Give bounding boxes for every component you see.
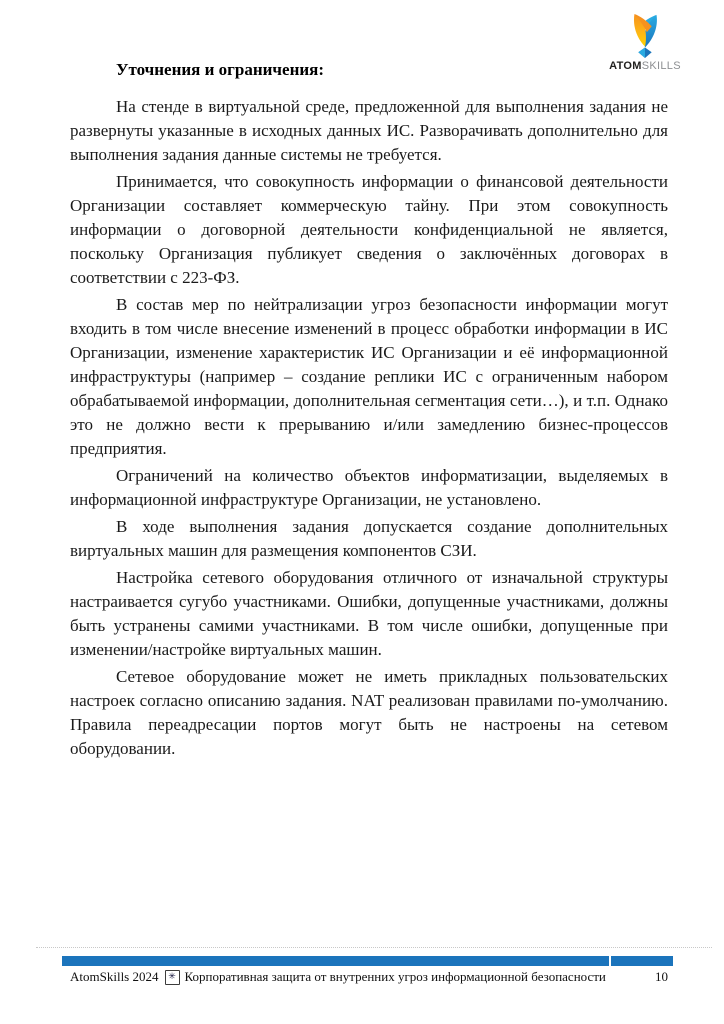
paragraph-4: Ограничений на количество объектов инфор… — [70, 464, 668, 512]
document-body: Уточнения и ограничения: На стенде в вир… — [70, 58, 668, 764]
paragraph-7: Сетевое оборудование может не иметь прик… — [70, 665, 668, 761]
paragraph-3: В состав мер по нейтрализации угроз безо… — [70, 293, 668, 461]
paragraph-6: Настройка сетевого оборудования отличног… — [70, 566, 668, 662]
document-page: ATOMSKILLS Уточнения и ограничения: На с… — [0, 0, 724, 1024]
footer-divider-bar — [62, 956, 673, 966]
atom-icon: ✳ — [165, 970, 180, 985]
footer-bar-segment-left — [62, 956, 609, 966]
section-heading: Уточнения и ограничения: — [70, 58, 668, 82]
atomskills-logo-icon — [619, 13, 671, 59]
page-number: 10 — [655, 969, 668, 985]
footer: AtomSkills 2024 ✳ Корпоративная защита о… — [70, 969, 668, 985]
footer-bar-segment-right — [611, 956, 673, 966]
footer-faint-rule — [36, 947, 712, 948]
paragraph-5: В ходе выполнения задания допускается со… — [70, 515, 668, 563]
paragraph-1: На стенде в виртуальной среде, предложен… — [70, 95, 668, 167]
footer-event-label: AtomSkills 2024 — [70, 969, 159, 985]
paragraph-2: Принимается, что совокупность информации… — [70, 170, 668, 290]
footer-doc-title: Корпоративная защита от внутренних угроз… — [185, 969, 606, 985]
